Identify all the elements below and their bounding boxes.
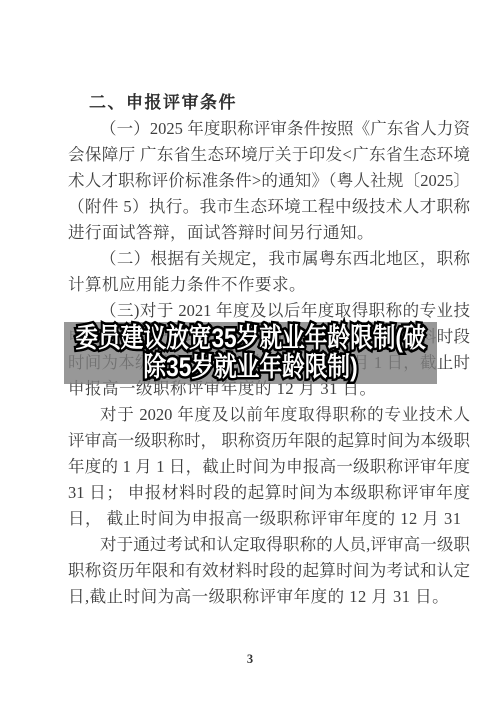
document-line: 对于 2020 年度及以前年度取得职称的专业技术人才，申报 xyxy=(68,402,470,428)
document-line: 31 日； 申报材料时段的起算时间为本级职称评审年度的 9 月 1 xyxy=(68,480,470,506)
section-heading: 二、申报评审条件 xyxy=(68,90,470,116)
document-line: （附件 5）执行。我市生态环境工程中级技术人才职称评审时需 xyxy=(68,194,470,220)
headline-overlay: 委员建议放宽35岁就业年龄限制(破 除35岁就业年龄限制) xyxy=(64,322,437,384)
document-line: （一）2025 年度职称评审条件按照《广东省人力资源和社 xyxy=(68,116,470,142)
document-line: 进行面试答辩，面试答辩时间另行通知。 xyxy=(68,220,470,246)
headline-line-1: 委员建议放宽35岁就业年龄限制(破 xyxy=(75,324,425,353)
page-number: 3 xyxy=(0,652,500,667)
document-page: 二、申报评审条件 （一）2025 年度职称评审条件按照《广东省人力资源和社 会保… xyxy=(0,0,500,707)
document-line: 日， 截止时间为申报高一级职称评审年度的 12 月 31 日。 xyxy=(68,506,470,532)
headline-line-2: 除35岁就业年龄限制) xyxy=(143,353,357,382)
document-line: 评审高一级职称时， 职称资历年限的起算时间为本级职称评审 xyxy=(68,428,470,454)
document-line: 年度的 1 月 1 日，截止时间为申报高一级职称评审年度的 12 月 xyxy=(68,454,470,480)
document-line: （二）根据有关规定，我市属粤东西北地区，职称外语和 xyxy=(68,246,470,272)
document-line: 会保障厅 广东省生态环境厅关于印发<广东省生态环境工程技 xyxy=(68,142,470,168)
document-line: 计算机应用能力条件不作要求。 xyxy=(68,272,470,298)
document-line: 对于通过考试和认定取得职称的人员,评审高一级职称时， xyxy=(68,532,470,558)
document-line: （三)对于 2021 年度及以后年度取得职称的专业技术人才， xyxy=(68,298,470,324)
document-line: 术人才职称评价标准条件>的通知》（粤人社规〔2025〕42 号） xyxy=(68,168,470,194)
document-line: 日,截止时间为高一级职称评审年度的 12 月 31 日。 xyxy=(68,584,470,610)
document-line: 职称资历年限和有效材料时段的起算时间为考试和认定通过之 xyxy=(68,558,470,584)
